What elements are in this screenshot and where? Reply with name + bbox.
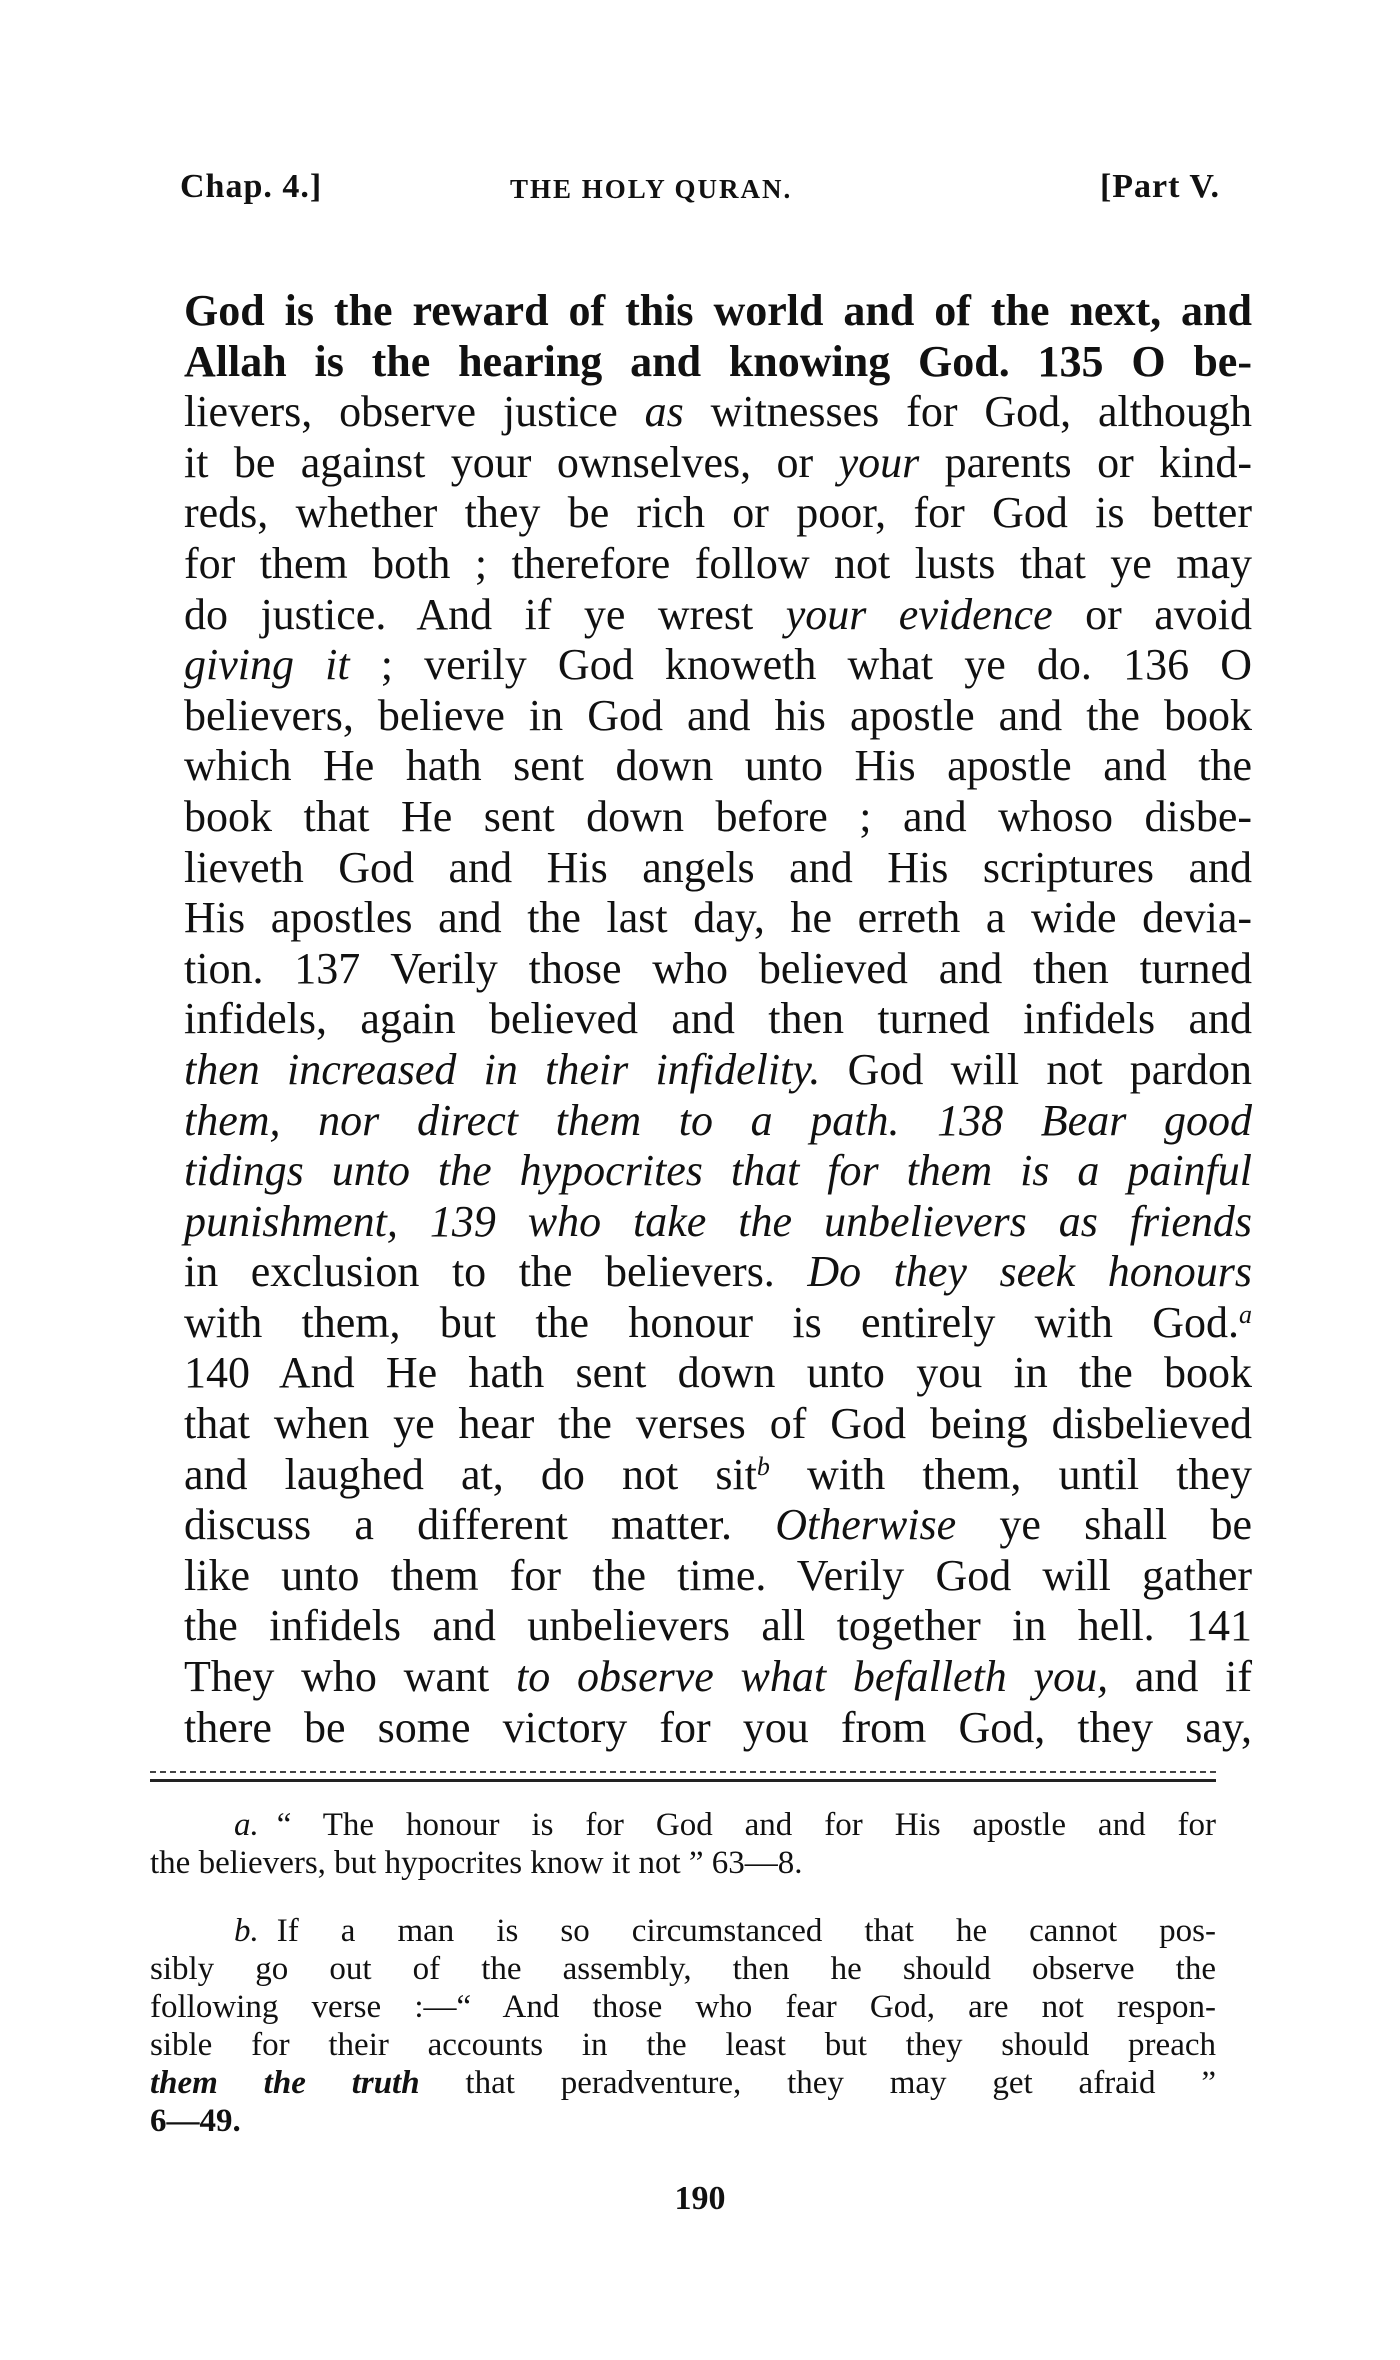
footnote-marker: b. [234,1913,259,1949]
italic-text: then increased in their infidelity. [184,1045,820,1094]
text-line: They who want to observe what befalleth … [184,1652,1252,1703]
text-line: His apostles and the last day, he erreth… [184,893,1252,944]
footnote-line: following verse :—“ And those who fear G… [150,1988,1216,2026]
text-line: and laughed at, do not sitb with them, u… [184,1450,1252,1501]
footnote-line: sible for their accounts in the least bu… [150,2026,1216,2064]
footnote-line: sibly go out of the assembly, then he sh… [150,1950,1216,1988]
text-line: it be against your ownselves, or your pa… [184,438,1252,489]
text-line: in exclusion to the believers. Do they s… [184,1247,1252,1298]
italic-text: Otherwise [775,1500,956,1549]
footnote-line: the believers, but hypocrites know it no… [150,1844,1216,1882]
footnote-line: a.“ The honour is for God and for His ap… [150,1806,1216,1844]
text-line: then increased in their infidelity. God … [184,1045,1252,1096]
footnote-reference[interactable]: a [1239,1300,1252,1329]
text-line: book that He sent down before ; and whos… [184,792,1252,843]
footnote-marker: a. [234,1807,259,1843]
italic-text: Do they seek honours [807,1247,1252,1296]
italic-text: to observe what befalleth you, [516,1652,1108,1701]
italic-text: tidings unto the hypocrites that for the… [184,1146,1252,1195]
italic-text: your [839,438,920,487]
text-line: that when ye hear the verses of God bein… [184,1399,1252,1450]
italic-text: them the truth [150,2065,420,2101]
text-line: punishment, 139 who take the unbelievers… [184,1197,1252,1248]
text-line: reds, whether they be rich or poor, for … [184,488,1252,539]
text-line: do justice. And if ye wrest your evidenc… [184,590,1252,641]
text-line: God is the reward of this world and of t… [184,286,1252,337]
text-line: lieveth God and His angels and His scrip… [184,843,1252,894]
text-line: there be some victory for you from God, … [184,1703,1252,1754]
footnotes: a.“ The honour is for God and for His ap… [150,1806,1216,2170]
text-line: lievers, observe justice as witnesses fo… [184,387,1252,438]
page-number: 190 [0,2180,1400,2218]
text-line: for them both ; therefore follow not lus… [184,539,1252,590]
text-line: infidels, again believed and then turned… [184,994,1252,1045]
text-line: like unto them for the time. Verily God … [184,1551,1252,1602]
footnote-line: b.If a man is so circumstanced that he c… [150,1912,1216,1950]
italic-text: punishment, 139 who take the unbelievers… [184,1197,1252,1246]
footnote: b.If a man is so circumstanced that he c… [150,1912,1216,2140]
footnote-divider-top [150,1771,1216,1773]
italic-text: your evidence [786,590,1053,639]
text-line: tion. 137 Verily those who believed and … [184,944,1252,995]
text-line: the infidels and unbelievers all togethe… [184,1601,1252,1652]
footnote: a.“ The honour is for God and for His ap… [150,1806,1216,1882]
running-head: Chap. 4.] THE HOLY QURAN. [Part V. [180,168,1220,216]
book-page: Chap. 4.] THE HOLY QURAN. [Part V. God i… [0,0,1400,2360]
chapter-label: Chap. 4.] [180,168,322,206]
main-text: God is the reward of this world and of t… [184,286,1252,1753]
text-line: them, nor direct them to a path. 138 Bea… [184,1096,1252,1147]
footnote-line: them the truth that peradventure, they m… [150,2064,1216,2102]
text-line: 140 And He hath sent down unto you in th… [184,1348,1252,1399]
text-line: discuss a different matter. Otherwise ye… [184,1500,1252,1551]
italic-text: giving it [184,640,350,689]
text-line: tidings unto the hypocrites that for the… [184,1146,1252,1197]
footnote-line: 6—49. [150,2102,1216,2140]
text-line: which He hath sent down unto His apostle… [184,741,1252,792]
italic-text: them, nor direct them to a path. 138 Bea… [184,1096,1252,1145]
text-line: with them, but the honour is entirely wi… [184,1298,1252,1349]
part-label: [Part V. [1100,168,1220,206]
text-line: believers, believe in God and his apostl… [184,691,1252,742]
footnote-reference[interactable]: b [757,1452,770,1481]
text-line: giving it ; verily God knoweth what ye d… [184,640,1252,691]
footnote-divider-bottom [150,1779,1216,1782]
text-line: Allah is the hearing and knowing God. 13… [184,337,1252,388]
book-title: THE HOLY QURAN. [510,174,792,205]
italic-text: as [645,387,684,436]
